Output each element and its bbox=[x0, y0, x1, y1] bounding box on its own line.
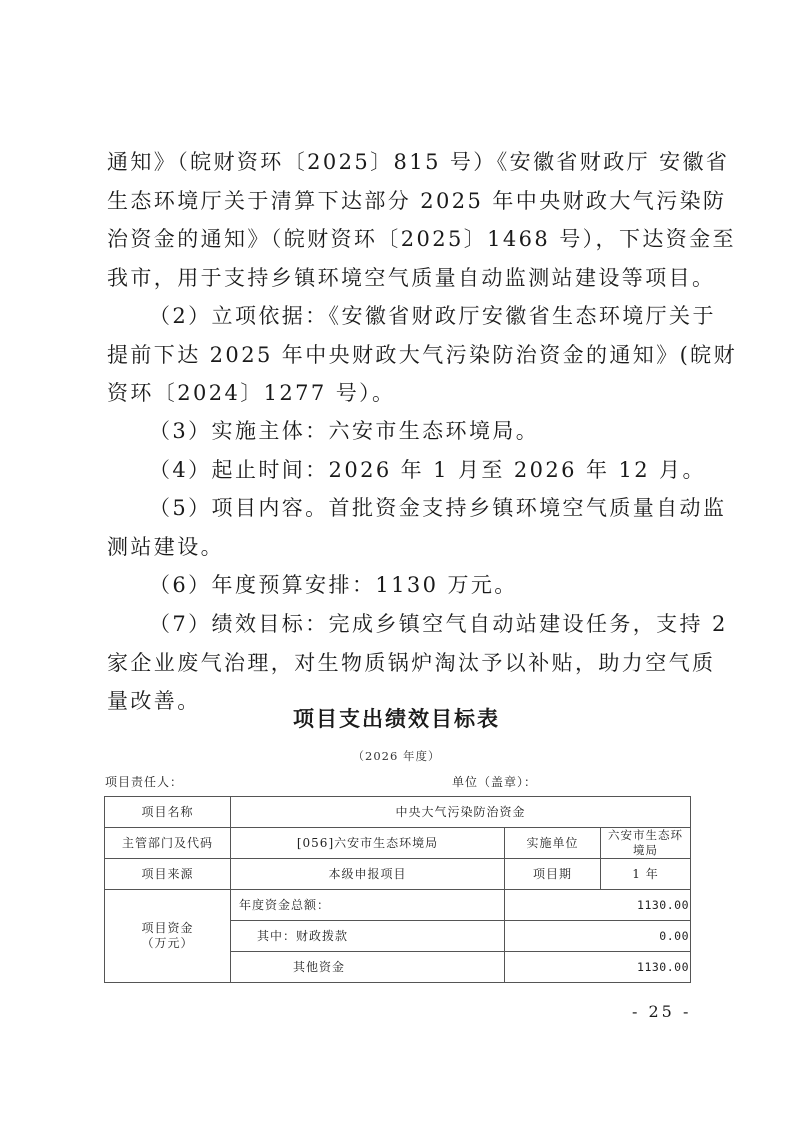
funds-fiscal-value: 0.00 bbox=[505, 921, 691, 952]
responsible-person-label: 项目责任人： bbox=[105, 773, 183, 790]
paragraph-item-4-period: （4）起止时间：2026 年 1 月至 2026 年 12 月。 bbox=[107, 451, 687, 490]
implementing-unit-value: 六安市生态环境局 bbox=[601, 828, 691, 859]
text-line: 测站建设。 bbox=[107, 528, 687, 567]
text-line: （2）立项依据：《安徽省财政厅安徽省生态环境厅关于 bbox=[107, 297, 687, 336]
funds-total-label: 年度资金总额： bbox=[231, 890, 505, 921]
project-name-label: 项目名称 bbox=[105, 797, 231, 828]
implementing-unit-label: 实施单位 bbox=[505, 828, 601, 859]
paragraph-funding-source: 通知》（皖财资环〔2025〕815 号）《安徽省财政厅 安徽省 生态环境厅关于清… bbox=[107, 143, 687, 297]
performance-target-table: 项目名称 中央大气污染防治资金 主管部门及代码 [056]六安市生态环境局 实施… bbox=[104, 796, 691, 983]
table-row-department: 主管部门及代码 [056]六安市生态环境局 实施单位 六安市生态环境局 bbox=[105, 828, 691, 859]
text-line: 我市，用于支持乡镇环境空气质量自动监测站建设等项目。 bbox=[107, 259, 687, 298]
text-line: （5）项目内容。首批资金支持乡镇环境空气质量自动监 bbox=[107, 489, 687, 528]
paragraph-item-6-budget: （6）年度预算安排：1130 万元。 bbox=[107, 566, 687, 605]
text-line: （6）年度预算安排：1130 万元。 bbox=[107, 566, 687, 605]
funds-label-line2: （万元） bbox=[108, 936, 227, 951]
text-line: 资环〔2024〕1277 号）。 bbox=[107, 374, 687, 413]
text-line: 通知》（皖财资环〔2025〕815 号）《安徽省财政厅 安徽省 bbox=[107, 143, 687, 182]
funds-other-label: 其他资金 bbox=[231, 952, 505, 983]
department-value: [056]六安市生态环境局 bbox=[231, 828, 505, 859]
text-line: 生态环境厅关于清算下达部分 2025 年中央财政大气污染防 bbox=[107, 182, 687, 221]
unit-seal-label: 单位（盖章）： bbox=[452, 773, 537, 790]
department-label: 主管部门及代码 bbox=[105, 828, 231, 859]
funds-total-value: 1130.00 bbox=[505, 890, 691, 921]
text-line: 治资金的通知》（皖财资环〔2025〕1468 号），下达资金至 bbox=[107, 220, 687, 259]
table-year: （2026 年度） bbox=[0, 748, 793, 764]
project-name-value: 中央大气污染防治资金 bbox=[231, 797, 691, 828]
paragraph-item-5-content: （5）项目内容。首批资金支持乡镇环境空气质量自动监 测站建设。 bbox=[107, 489, 687, 566]
text-line: 提前下达 2025 年中央财政大气污染防治资金的通知》(皖财 bbox=[107, 336, 687, 375]
funds-label-line1: 项目资金 bbox=[108, 921, 227, 936]
page-number: - 25 - bbox=[632, 1002, 691, 1021]
table-row-project-name: 项目名称 中央大气污染防治资金 bbox=[105, 797, 691, 828]
text-line: （4）起止时间：2026 年 1 月至 2026 年 12 月。 bbox=[107, 451, 687, 490]
period-label: 项目期 bbox=[505, 859, 601, 890]
text-line: （3）实施主体：六安市生态环境局。 bbox=[107, 412, 687, 451]
document-page: 通知》（皖财资环〔2025〕815 号）《安徽省财政厅 安徽省 生态环境厅关于清… bbox=[0, 0, 793, 1122]
funds-other-value: 1130.00 bbox=[505, 952, 691, 983]
table-row-source: 项目来源 本级申报项目 项目期 1 年 bbox=[105, 859, 691, 890]
text-line: （7）绩效目标：完成乡镇空气自动站建设任务，支持 2 bbox=[107, 605, 687, 644]
table-row-funds-total: 项目资金 （万元） 年度资金总额： 1130.00 bbox=[105, 890, 691, 921]
paragraph-item-2-basis: （2）立项依据：《安徽省财政厅安徽省生态环境厅关于 提前下达 2025 年中央财… bbox=[107, 297, 687, 413]
funds-label: 项目资金 （万元） bbox=[105, 890, 231, 983]
text-line: 家企业废气治理，对生物质锅炉淘汰予以补贴，助力空气质 bbox=[107, 644, 687, 683]
period-value: 1 年 bbox=[601, 859, 691, 890]
paragraph-item-3-entity: （3）实施主体：六安市生态环境局。 bbox=[107, 412, 687, 451]
source-value: 本级申报项目 bbox=[231, 859, 505, 890]
source-label: 项目来源 bbox=[105, 859, 231, 890]
table-title: 项目支出绩效目标表 bbox=[0, 703, 793, 733]
funds-fiscal-label: 其中：财政拨款 bbox=[231, 921, 505, 952]
